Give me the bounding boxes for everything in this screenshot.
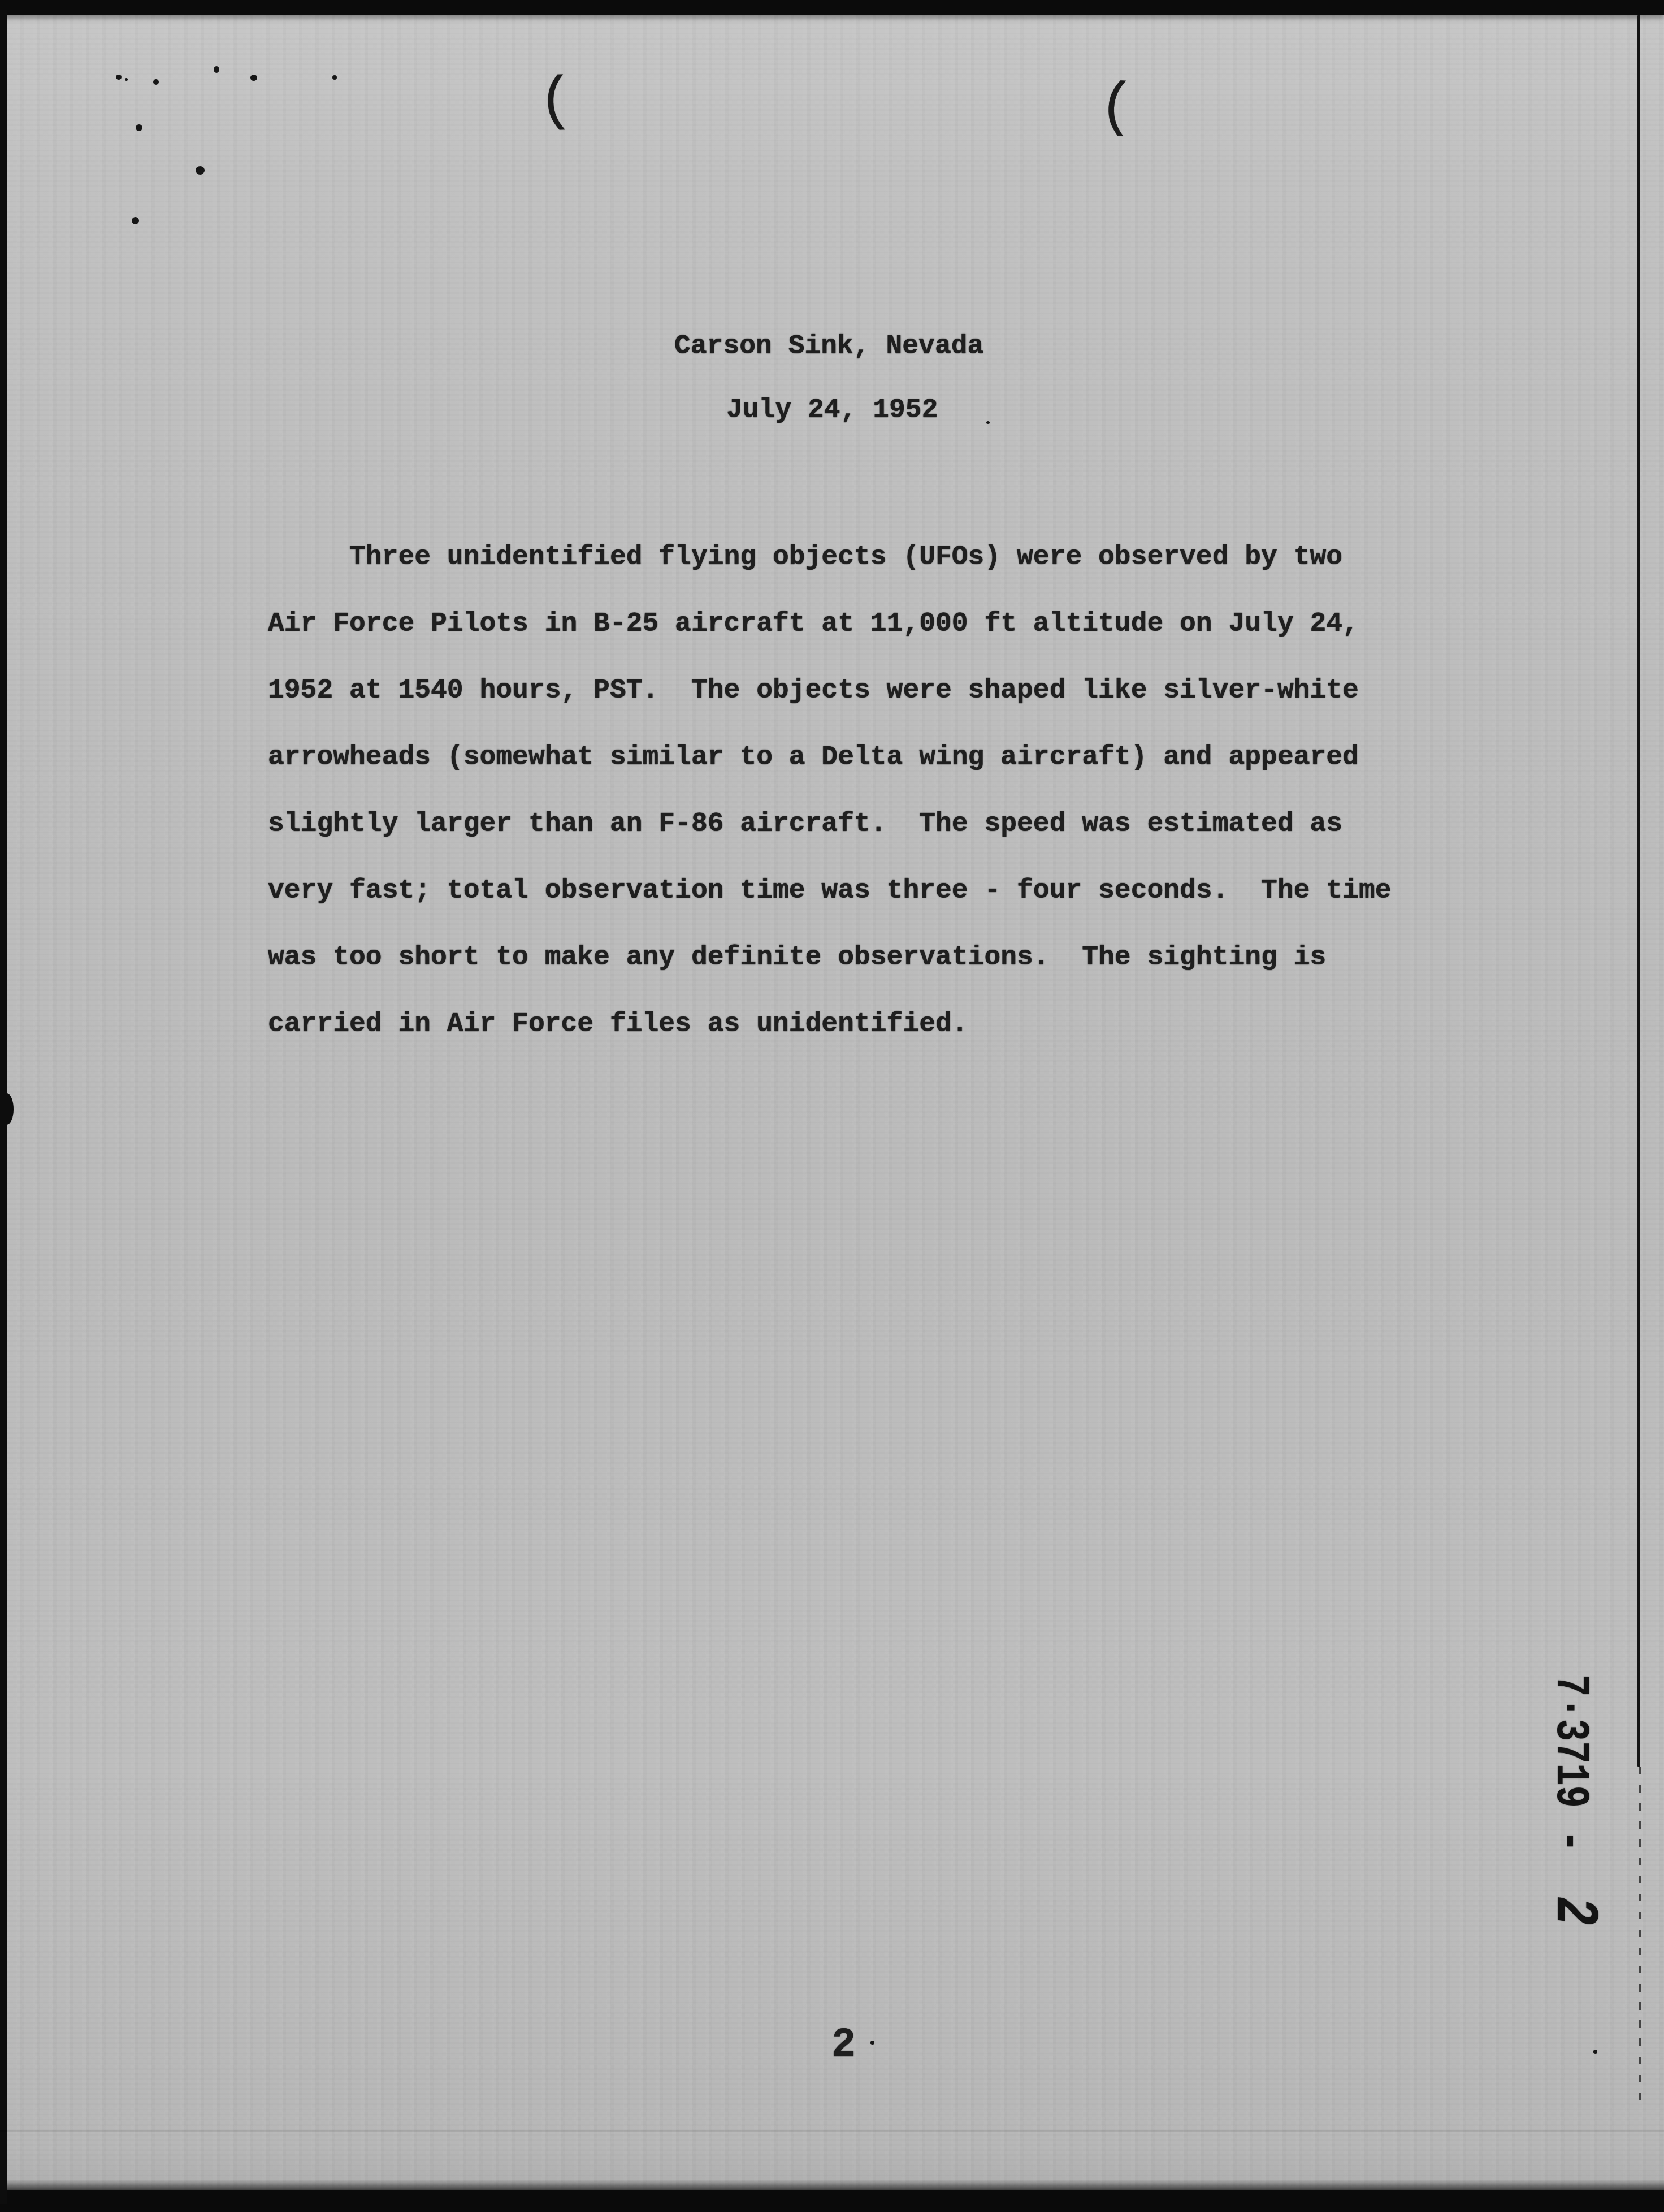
ink-speck [250, 75, 257, 81]
document-title-date: July 24, 1952 [726, 395, 938, 426]
body-line: arrowheads (somewhat similar to a Delta … [268, 724, 1392, 791]
body-line: Air Force Pilots in B-25 aircraft at 11,… [268, 591, 1392, 657]
stamp-handwritten-digit: 2 [1539, 1897, 1608, 1923]
ink-speck [870, 2041, 874, 2045]
ink-speck [196, 166, 205, 175]
ink-speck [153, 79, 159, 85]
film-edge-bottom [0, 2190, 1664, 2212]
body-line: Three unidentified flying objects (UFOs)… [268, 524, 1392, 591]
body-line: was too short to make any definite obser… [268, 924, 1392, 991]
ink-speck [136, 124, 142, 131]
ink-speck [986, 421, 990, 424]
page-edge-line-faded [1639, 1767, 1641, 2106]
body-paragraph: Three unidentified flying objects (UFOs)… [268, 524, 1392, 1058]
body-line: very fast; total observation time was th… [268, 858, 1392, 924]
crease-mark-left: ( [537, 72, 575, 132]
paper-crease [0, 2130, 1664, 2132]
margin-reference-stamp: 7·3719 - 2 [1546, 1674, 1597, 1923]
page-number: 2 [831, 2025, 856, 2066]
ink-speck [125, 78, 128, 81]
ink-speck [1593, 2050, 1597, 2054]
document-title-location: Carson Sink, Nevada [674, 331, 983, 362]
body-line: slightly larger than an F-86 aircraft. T… [268, 791, 1392, 858]
ink-speck [116, 75, 122, 80]
crease-mark-right: ( [1097, 77, 1136, 138]
page-edge-line [1637, 15, 1640, 1767]
film-edge-notch [0, 1093, 14, 1125]
film-edge-top [0, 0, 1664, 15]
body-line: 1952 at 1540 hours, PST. The objects wer… [268, 657, 1392, 724]
ink-speck [214, 66, 219, 73]
stamp-number: 7·3719 - [1543, 1674, 1597, 1897]
ink-speck [132, 217, 139, 224]
body-line: carried in Air Force files as unidentifi… [268, 991, 1392, 1058]
scanned-document-page: ( ( Carson Sink, Nevada July 24, 1952 Th… [0, 0, 1664, 2212]
ink-speck [332, 75, 337, 80]
